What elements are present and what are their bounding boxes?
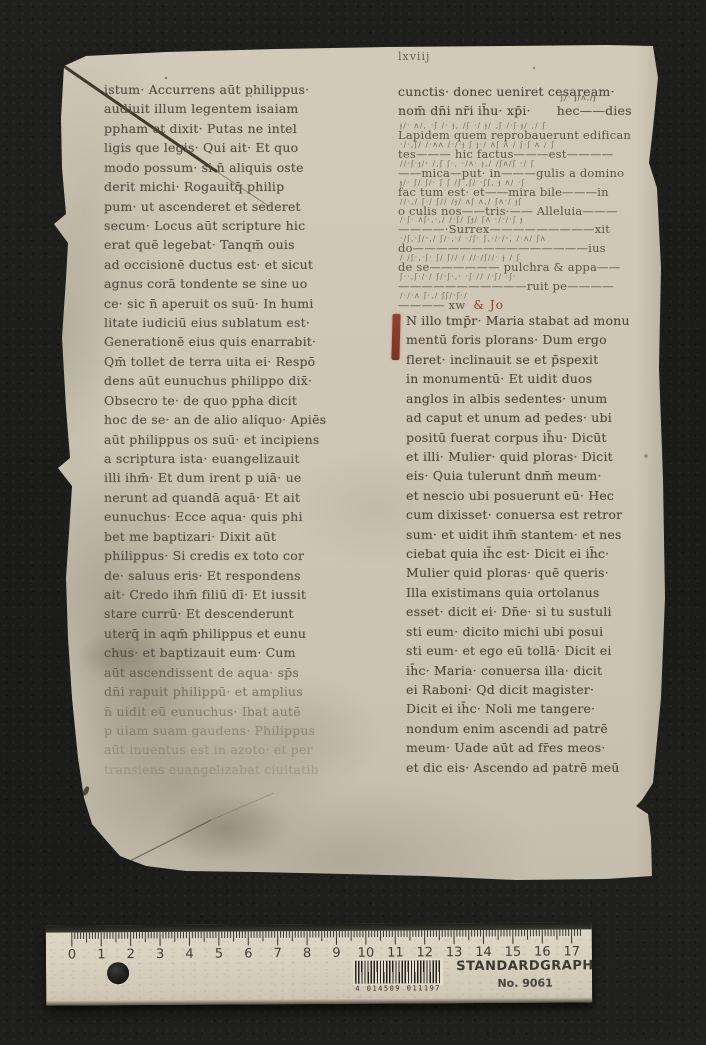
text-line: secum· Locus aūt scripture hic [104, 216, 354, 235]
chant-incipit: ʃ∕· ɟ∕ʌ,∕ɟhec——dies [557, 101, 632, 120]
text-line: n̄ uidit eū eunuchus· Ibat autē [104, 702, 354, 721]
ruler-number: 15 [505, 945, 522, 960]
ruler-number: 2 [127, 947, 135, 962]
text-line: sum· et uidit ihm̄ stantem· et nes [406, 525, 656, 544]
ruler-number: 8 [303, 946, 311, 961]
folio-number: lxviij [398, 50, 430, 63]
text-line: istum· Accurrens aūt philippus· [104, 80, 354, 99]
text-line: ppham et dixit· Putas ne intel [104, 119, 354, 138]
chant-row: ·∕·,ʃ∕ ∕·ʌʌ ∕·∕·ɟ ʃ ɟ·∕ ʌʃ ʌ ∕ ʃ·ʃ ʌ ∕ ʃ… [398, 141, 656, 160]
text-line: ciebat quia ih̄c est· Dicit ei ih̄c· [406, 544, 656, 563]
text-line: sti eum· et ego eū tollā· Dicit ei [406, 641, 656, 660]
ruler-number: 1 [97, 947, 105, 962]
chant-row: ∕∕·,∕ ʃ·∕ ʃ∕∕ ∕ɟ∕ ʌʃ ʌ,∕ ʃʌ·∕ ɟʃo culis … [398, 198, 656, 217]
gospel-text-column: N illo tmp̄r· Maria stabat ad monumentū … [406, 311, 656, 777]
text-line: Generationē eius quis enarrabit· [104, 332, 354, 351]
text-line: positū fuerat corpus ih̄u· Dicūt [406, 428, 656, 447]
text-line: bet me baptizari· Dixit aūt [104, 527, 354, 546]
chant-notation: ɟ∕· ʌ∕, ·ʃ ∕· ɟ, ∕ʃ ·∕ ɟ∕ ,ʃ ∕·ʃ ɟ∕ ,∕ ʃ… [398, 122, 656, 311]
chant-row: ɟ∕· ʌ∕, ·ʃ ∕· ɟ, ∕ʃ ·∕ ɟ∕ ,ʃ ∕·ʃ ɟ∕ ,∕ ʃ… [398, 122, 656, 141]
ruler-number: 5 [215, 947, 223, 962]
barcode: 4 014509 011197 [352, 960, 444, 993]
text-line: N illo tmp̄r· Maria stabat ad monu [406, 311, 656, 330]
text-line: stare currū· Et descenderunt [104, 604, 354, 623]
ruler-number: 13 [446, 945, 463, 960]
ruler-model: No. 9061 [450, 976, 600, 990]
barcode-bars [355, 960, 441, 984]
text-line: et nescio ubi posuerunt eū· Hec [406, 486, 656, 505]
text-line: ait· Credo ihm̄ filiū dī· Et iussit [104, 585, 354, 604]
text-line: aūt inuentus est in azoto· et per [104, 740, 354, 759]
text-line: eis· Quia tulerunt dnm̄ meum· [406, 466, 656, 485]
text-line: p uiam suam gaudens· Philippus [104, 721, 354, 740]
text-line: chus· et baptizauit eum· Cum [104, 643, 354, 662]
text-line: anglos in albis sedentes· unum [406, 389, 656, 408]
text-line: cum dixisset· conuersa est retror [406, 505, 656, 524]
chant-row: ∕·∕·ʌ ʃ·,∕ ʃʃ∕·ʃ·∕———— xw& Jo [398, 292, 656, 311]
photograph: lxviij istum· Accurrens aūt philippus·au… [0, 0, 706, 1045]
text-line: a scriptura ista· euangelizauit [104, 449, 354, 468]
text-line: et dic eis· Ascendo ad patrē meū [406, 758, 656, 777]
ruler-brand: STANDARDGRAPH [450, 958, 600, 974]
ruler-number: 0 [68, 947, 76, 962]
text-line: cunctis· donec ueniret cesaream· [398, 82, 654, 101]
chant-row: ʃ··,ʃ·∕·∕ ʃ∕·ʃ·,· ·ʃ·∕∕ ∕·ʃ∕ ·ʃ·————————… [398, 273, 656, 292]
red-initial-bar [391, 314, 400, 360]
text-line: audiuit illum legentem isaiam [104, 99, 354, 118]
text-line: hoc de se· an de alio aliquo· Apiēs [104, 410, 354, 429]
neume-glyphs: ʃ∕· ɟ∕ʌ,∕ɟ [561, 93, 597, 102]
text-line: aūt ascendissent de aqua· sp̄s [104, 663, 354, 682]
text-line: in monumentū· Et uidit duos [406, 369, 656, 388]
chant-row: ∕ ∕ʃ·,·ʃ· ʃ∕ ʃ∕∕ ∕ ∕∕·∕ʃ∕∕· ɟ ∕ ʃde se——… [398, 254, 656, 273]
chant-row: ɟ∕· ʃ∕ ʃ∕· ʃ ʃ ∕ʃ ,ʃ∕ ·ʃʃ, ɟ ʌ∕ ·ʃfac tu… [398, 179, 656, 198]
text-line: eunuchus· Ecce aqua· quis phi [104, 507, 354, 526]
chant-syllables: ———— xw& Jo [398, 298, 504, 312]
chant-row: ∕·ʃ· ʌʃ·,·,∕ ∕·ʃ∕ ʃɟ∕ ʃʌ ·∕·∕·ʃ ɟ————·Su… [398, 216, 656, 235]
ruler-number: 17 [563, 944, 580, 959]
text-line: sti eum· dicito michi ubi posui [406, 622, 656, 641]
text-line: ad caput et unum ad pedes· ubi [406, 408, 656, 427]
ruler-number: 11 [387, 945, 404, 960]
ruler-brand-block: STANDARDGRAPH No. 9061 [450, 958, 600, 990]
text-line: philippus· Si credis ex toto cor [104, 546, 354, 565]
text-line: erat quē legebat· Tanqm̄ ouis [104, 235, 354, 254]
text-line: fleret· inclinauit se et p̄spexit [406, 350, 656, 369]
text-line: litate iudiciū eius sublatum est· [104, 313, 354, 332]
red-rubric: & Jo [473, 298, 504, 312]
text-line: Mulier quid ploras· quē queris· [406, 563, 656, 582]
text-line: derit michi· Rogauitq̄ philip [104, 177, 354, 196]
text-line: Dicit ei ih̄c· Noli me tangere· [406, 699, 656, 718]
text-line: et illi· Mulier· quid ploras· Dicit [406, 447, 656, 466]
text-line: ih̄c· Maria· conuersa illa· dicit [406, 661, 656, 680]
text-line: ad occisionē ductus est· et sicut [104, 255, 354, 274]
text-line: pum· ut ascenderet et sederet [104, 197, 354, 216]
ruler-number: 10 [358, 946, 375, 961]
right-column-intro: cunctis· donec ueniret cesaream· nom̄ dn… [398, 82, 654, 121]
ruler-number: 12 [416, 945, 433, 960]
ruler-number: 3 [156, 947, 164, 962]
text-line: nondum enim ascendi ad patrē [406, 719, 656, 738]
text-line: mentū foris plorans· Dum ergo [406, 330, 656, 349]
manuscript-page: lxviij istum· Accurrens aūt philippus·au… [46, 38, 668, 882]
left-text-column: istum· Accurrens aūt philippus·audiuit i… [104, 80, 354, 779]
text-line: transiens euangelizabat ciuitatib [104, 760, 354, 779]
chant-row: ∕∕·ʃ·ɟ∕· ∕,ʃ ʃ·, ·∕ʌ· ɟ,∕ ∕ʃʌ∕ʃ ·∕ ʃ——mi… [398, 160, 656, 179]
text-line: esset· dicit ei· Dn̄e· si tu sustuli [406, 602, 656, 621]
text-line: nerunt ad quandā aquā· Et ait [104, 488, 354, 507]
ruler-number: 9 [332, 946, 340, 961]
text-line: aūt philippus os suū· et incipiens [104, 430, 354, 449]
text-line: ei Raboni· Qd dicit magister· [406, 680, 656, 699]
ruler-number: 14 [475, 945, 492, 960]
text-line: ligis que legis· Qui ait· Et quo [104, 138, 354, 157]
text-line: ce· sic n̄ aperuit os suū· In humi [104, 294, 354, 313]
barcode-digits: 4 014509 011197 [352, 984, 444, 993]
text-line: dn̄i rapuit philippū· et amplius [104, 682, 354, 701]
text-line: uterq̄ in aqm̄ philippus et eunu [104, 624, 354, 643]
ruler-number: 4 [185, 947, 193, 962]
text-line: Obsecro te· de quo ppha dicit [104, 391, 354, 410]
text-line: de· saluus eris· Et respondens [104, 566, 354, 585]
text-line: illi ihm̄· Et dum irent p uiā· ue [104, 468, 354, 487]
text-line: Illa existimans quia ortolanus [406, 583, 656, 602]
text-line: dens aūt eunuchus philippo dix̄· [104, 371, 354, 390]
text-line: agnus corā tondente se sine uo [104, 274, 354, 293]
text-line: Qm̄ tollet de terra uita ei· Respō [104, 352, 354, 371]
text-line: nom̄ dn̄i nr̄i ih̄u· xp̄i·ʃ∕· ɟ∕ʌ,∕ɟhec—… [398, 101, 654, 120]
ruler-number: 16 [534, 945, 551, 960]
ruler-hole [107, 962, 129, 984]
ruler: 01234567891011121314151617 4 014509 0111… [46, 922, 592, 1005]
chant-row: ·∕ʃ,·ʃ∕·,∕ ʃ∕·,·∕ ·∕ʃ· ʃ,·∕·∕·, ∕·ʌ∕ ʃʌd… [398, 235, 656, 254]
ruler-number: 7 [274, 946, 282, 961]
ruler-number: 6 [244, 946, 252, 961]
text-line: meum· Uade aūt ad fr̄es meos· [406, 738, 656, 757]
text-line: modo possum· si n̄ aliquis oste [104, 158, 354, 177]
